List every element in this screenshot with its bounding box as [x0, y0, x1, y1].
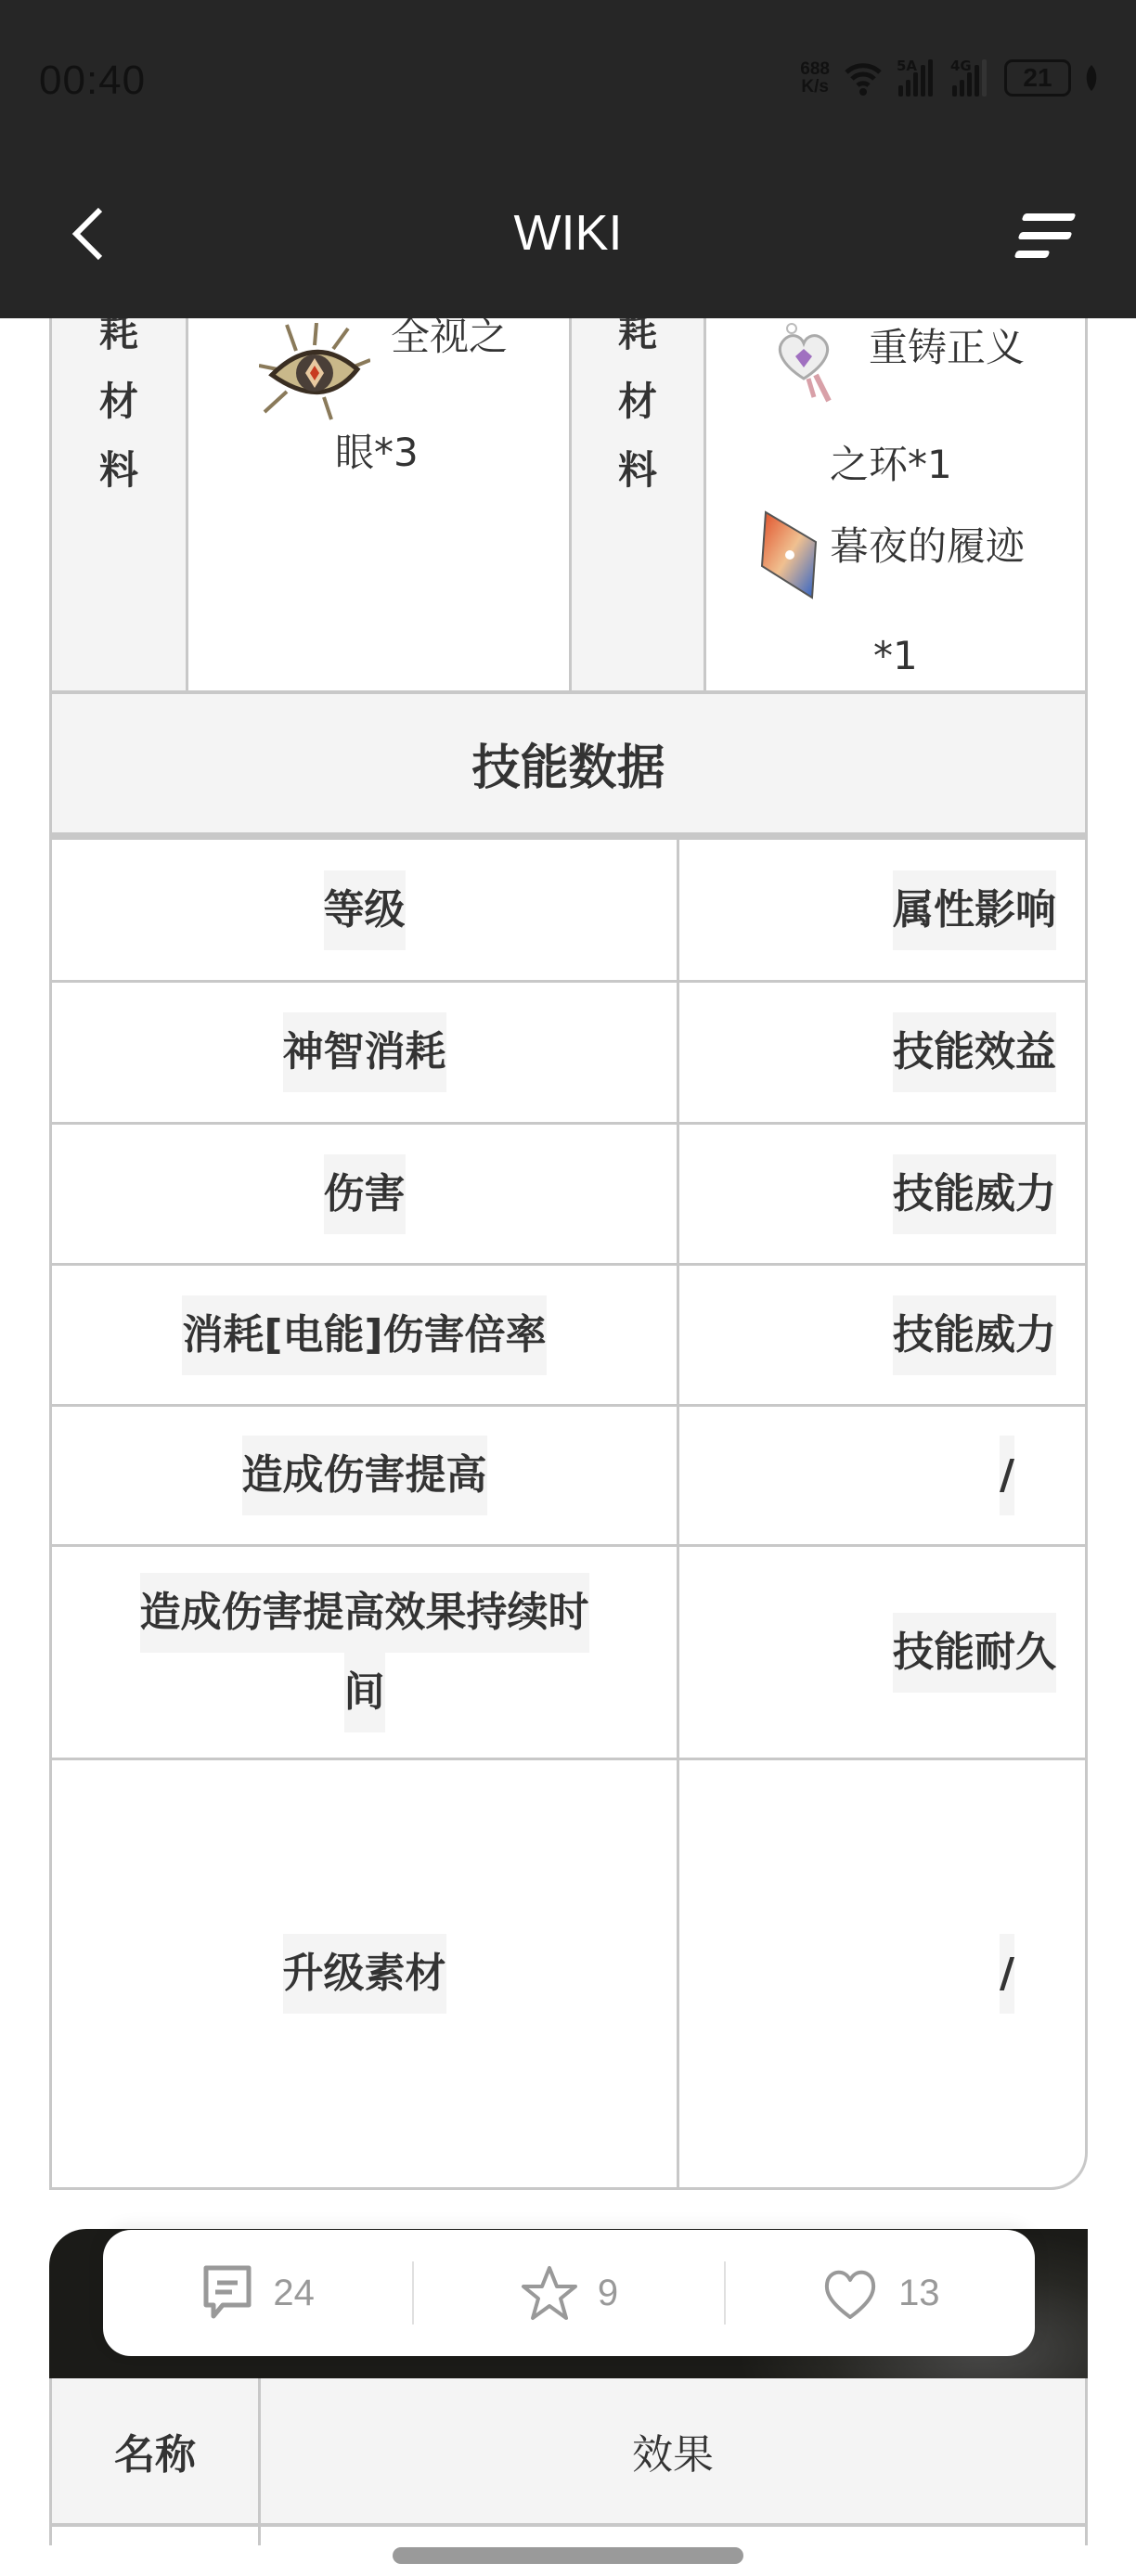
star-icon — [520, 2264, 579, 2322]
heart-icon — [820, 2265, 880, 2321]
status-time: 00:40 — [39, 58, 146, 104]
material-name-cont: *1 — [873, 633, 918, 678]
like-button[interactable]: 13 — [726, 2265, 1035, 2321]
effects-table-header: 名称 效果 — [49, 2378, 1088, 2527]
skill-data-title: 技能数据 — [49, 694, 1088, 840]
battery-icon: 21 — [1004, 59, 1071, 97]
page-title: WIKI — [0, 204, 1136, 262]
wifi-icon — [843, 59, 884, 97]
table-row: 造成伤害提高 / — [52, 1407, 1085, 1547]
column-header-effect: 效果 — [261, 2378, 1085, 2523]
table-row: 升级素材 / — [52, 1760, 1085, 2187]
comment-button[interactable]: 24 — [103, 2264, 412, 2322]
material-cell-right: 重铸正义 之环*1 暮夜的履迹 *1 — [706, 278, 1085, 690]
effects-table-body — [49, 2527, 1088, 2545]
signal-4g-icon: 4G — [950, 59, 991, 97]
menu-icon[interactable] — [1013, 212, 1075, 258]
materials-table: 耗 材 料 全视之 眼*3 耗 材 料 重铸正义 — [49, 278, 1088, 694]
action-bar: 24 9 13 — [103, 2230, 1035, 2356]
top-bar: 00:40 688 K/s 5A 4G 21 WIKI — [0, 0, 1136, 318]
comment-icon — [200, 2264, 254, 2322]
network-speed: 688 K/s — [800, 60, 830, 96]
table-row: 等级 属性影响 — [52, 840, 1085, 983]
leaf-icon — [1084, 63, 1099, 93]
materials-label-right: 耗 材 料 — [572, 278, 706, 690]
column-header-name: 名称 — [52, 2378, 261, 2523]
heart-pendant-icon — [771, 323, 836, 406]
crystal-icon — [758, 509, 820, 601]
material-name: 重铸正义 — [869, 317, 1025, 373]
favorite-count: 9 — [598, 2273, 618, 2314]
material-name: 暮夜的履迹 — [830, 516, 1025, 572]
material-cell-left: 全视之 眼*3 — [188, 278, 572, 690]
favorite-button[interactable]: 9 — [414, 2264, 723, 2322]
home-indicator[interactable] — [393, 2547, 743, 2564]
signal-5a-icon: 5A — [897, 59, 937, 97]
material-name-cont: 之环*1 — [830, 434, 952, 490]
table-row: 神智消耗 技能效益 — [52, 983, 1085, 1125]
like-count: 13 — [898, 2273, 940, 2314]
comment-count: 24 — [273, 2273, 315, 2314]
skill-data-table: 等级 属性影响 神智消耗 技能效益 伤害 技能威力 消耗[电能]伤害倍率 技能威… — [49, 840, 1088, 2190]
material-name-cont: 眼*3 — [335, 422, 419, 478]
materials-label-left: 耗 材 料 — [52, 278, 188, 690]
table-row: 消耗[电能]伤害倍率 技能威力 — [52, 1266, 1085, 1407]
table-row: 造成伤害提高效果持续时 间 技能耐久 — [52, 1547, 1085, 1760]
status-icons: 688 K/s 5A 4G 21 — [800, 59, 1099, 97]
table-row: 伤害 技能威力 — [52, 1125, 1085, 1266]
all-seeing-eye-icon — [259, 323, 370, 420]
